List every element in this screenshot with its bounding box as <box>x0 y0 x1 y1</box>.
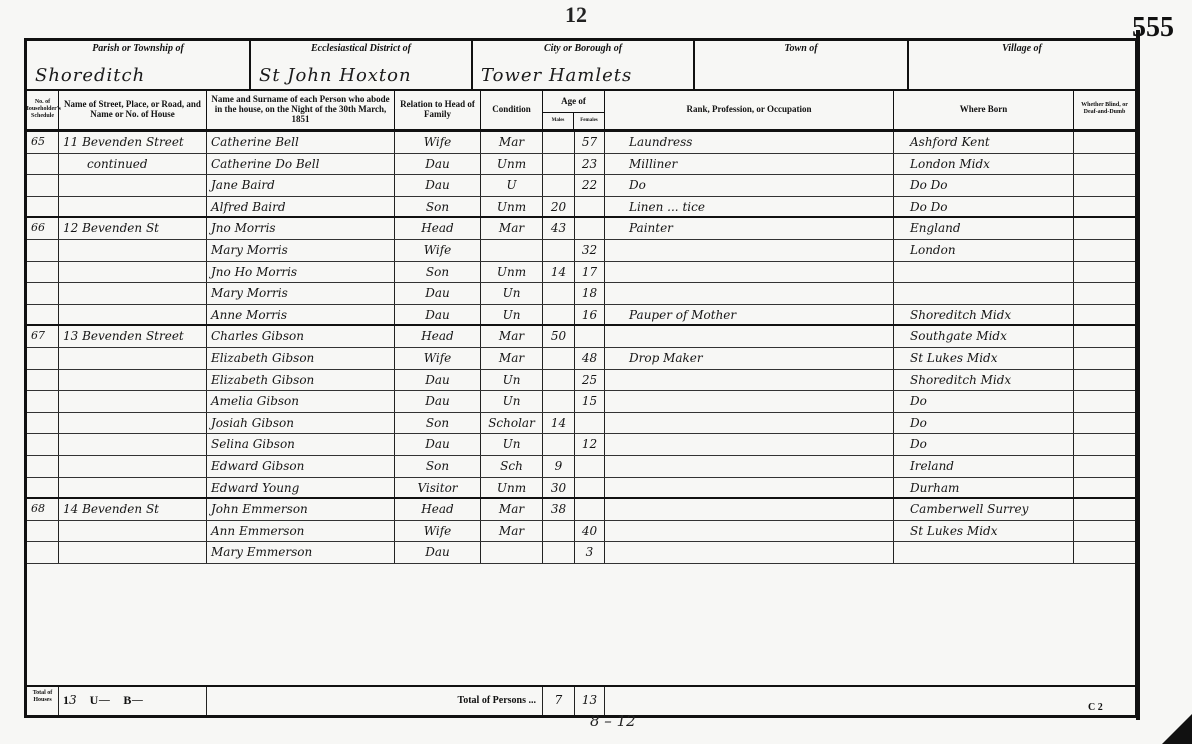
total-persons-label: Total of Persons ... <box>207 687 543 715</box>
totals-row: Total of Houses 13 U— B— Total of Person… <box>27 685 1135 715</box>
table-row: Mary MorrisWife32London <box>27 240 1135 262</box>
table-row: Edward YoungVisitorUnm30Durham <box>27 478 1135 500</box>
folio-number: 12 <box>565 2 587 28</box>
table-row: Selina GibsonDauUn12Do <box>27 434 1135 456</box>
town-field: Town of <box>695 41 909 89</box>
total-females: 13 <box>575 687 605 715</box>
scan-corner <box>1162 714 1192 744</box>
header-schedule: No. of Householder's Schedule <box>27 89 59 129</box>
table-row: Mary EmmersonDau3 <box>27 542 1135 564</box>
total-houses-label: Total of Houses <box>27 687 59 715</box>
footer-mark: C 2 <box>1088 702 1103 713</box>
table-row: Alfred BairdSonUnm20Linen ... ticeDo Do <box>27 197 1135 219</box>
header-name: Name and Surname of each Person who abod… <box>207 89 395 129</box>
table-row: Jane BairdDauU22DoDo Do <box>27 175 1135 197</box>
table-row: 6713 Bevenden StreetCharles GibsonHeadMa… <box>27 326 1135 348</box>
parish-field: Parish or Township of Shoreditch <box>27 41 251 89</box>
borough-field: City or Borough of Tower Hamlets <box>473 41 695 89</box>
header-where-born: Where Born <box>894 89 1074 129</box>
ecclesiastical-district-field: Ecclesiastical District of St John Hoxto… <box>251 41 473 89</box>
total-males: 7 <box>543 687 575 715</box>
table-row: Edward GibsonSonSch9Ireland <box>27 456 1135 478</box>
district-header: Parish or Township of Shoreditch Ecclesi… <box>27 41 1135 91</box>
pencil-tally-note: 8 – 12 <box>590 712 636 730</box>
header-age: Age of Males Females <box>543 89 605 129</box>
table-row: Anne MorrisDauUn16Pauper of MotherShored… <box>27 305 1135 327</box>
table-row: Mary MorrisDauUn18 <box>27 283 1135 305</box>
header-condition: Condition <box>481 89 543 129</box>
header-blind-deaf: Whether Blind, or Deaf-and-Dumb <box>1074 89 1135 129</box>
table-row: Amelia GibsonDauUn15Do <box>27 391 1135 413</box>
header-street: Name of Street, Place, or Road, and Name… <box>59 89 207 129</box>
table-row: Ann EmmersonWifeMar40St Lukes Midx <box>27 521 1135 543</box>
header-occupation: Rank, Profession, or Occupation <box>605 89 894 129</box>
table-row: 6814 Bevenden StJohn EmmersonHeadMar38Ca… <box>27 499 1135 521</box>
table-row: Elizabeth GibsonWifeMar48Drop MakerSt Lu… <box>27 348 1135 370</box>
census-form: Parish or Township of Shoreditch Ecclesi… <box>24 38 1138 718</box>
table-row: 6612 Bevenden StJno MorrisHeadMar43Paint… <box>27 218 1135 240</box>
census-rows: 6511 Bevenden StreetCatherine BellWifeMa… <box>27 132 1135 564</box>
column-headers: No. of Householder's Schedule Name of St… <box>27 89 1135 132</box>
header-age-males: Males <box>543 113 574 129</box>
table-row: Elizabeth GibsonDauUn25Shoreditch Midx <box>27 370 1135 392</box>
table-row: continuedCatherine Do BellDauUnm23Millin… <box>27 154 1135 176</box>
total-houses: 13 U— B— <box>59 687 207 715</box>
table-row: Jno Ho MorrisSonUnm1417 <box>27 262 1135 284</box>
table-row: Josiah GibsonSonScholar14Do <box>27 413 1135 435</box>
header-age-females: Females <box>574 113 604 129</box>
village-field: Village of <box>909 41 1135 89</box>
table-row: 6511 Bevenden StreetCatherine BellWifeMa… <box>27 132 1135 154</box>
header-relation: Relation to Head of Family <box>395 89 481 129</box>
census-page: 12 555 Parish or Township of Shoreditch … <box>0 0 1192 744</box>
